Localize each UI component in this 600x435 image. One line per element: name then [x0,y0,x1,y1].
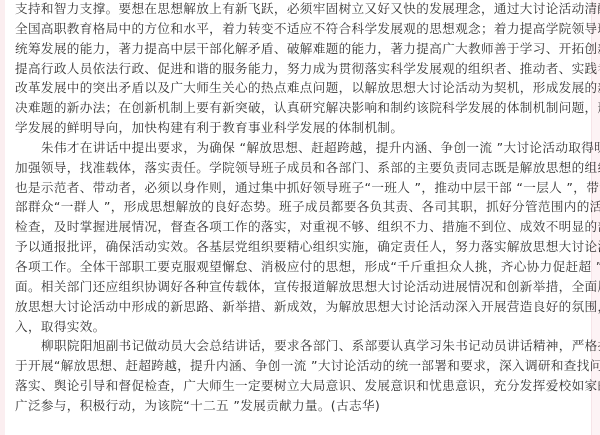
text-line: 全国高职教育格局中的方位和水平，着力转变不适应不符合科学发展观的思想观念；着力提… [15,19,582,39]
article-body: 支持和智力支撑。要想在思想解放上有新飞跃，必须牢固树立又好又快的发展理念，通过大… [15,0,582,416]
text-line: 学发展的鲜明导向，加快构建有利于教育事业科学发展的体制机制。 [15,118,582,138]
text-line: 决难题的新办法；在创新机制上要有新突破，认真研究解决影响和制约该院科学发展的体制… [15,98,582,118]
text-line: 改革发展中的突出矛盾以及广大师生关心的热点难点问题，以解放思想大讨论活动为契机，… [15,78,582,98]
text-line: 于开展“解放思想、赶超跨越，提升内涵、争创一流 ”大讨论活动的统一部署和要求，深… [15,356,582,376]
page-left-border [0,0,5,435]
text-line: 广泛参与，积极行动，为该院“十二五 ”发展贡献力量。(古志华) [15,396,582,416]
paragraph-2: 朱伟才在讲话中提出要求，为确保 “解放思想、赶超跨越，提升内涵、争创一流 ”大讨… [15,138,582,336]
text-line: 朱伟才在讲话中提出要求，为确保 “解放思想、赶超跨越，提升内涵、争创一流 ”大讨… [15,138,582,158]
text-line: 放思想大讨论活动中形成的新思路、新举措、新成效，为解放思想大讨论活动深入开展营造… [15,297,582,317]
text-line: 加强领导，找准载体，落实责任。学院领导班子成员和各部门、系部的主要负责同志既是解… [15,158,582,178]
text-line: 也是示范者、带动者，必须以身作则，通过集中抓好领导班子“一班人 ”，推动中层干部… [15,178,582,198]
text-line: 面。相关部门还应组织协调好各种宣传载体，宣传报道解放思想大讨论活动进展情况和创新… [15,277,582,297]
text-line: 入，取得实效。 [15,317,582,337]
text-line: 柳职院阳旭副书记做动员大会总结讲话，要求各部门、系部要认真学习朱书记动员讲话精神… [15,336,582,356]
text-line: 支持和智力支撑。要想在思想解放上有新飞跃，必须牢固树立又好又快的发展理念，通过大… [15,0,582,19]
text-line: 予以通报批评，确保活动实效。各基层党组织要精心组织实施，确定责任人，努力落实解放… [15,237,582,257]
paragraph-1: 支持和智力支撑。要想在思想解放上有新飞跃，必须牢固树立又好又快的发展理念，通过大… [15,0,582,138]
text-line: 提高行政人员依法行政、促进和谐的服务能力，努力成为贯彻落实科学发展观的组织者、推… [15,59,582,79]
text-line: 各项工作。全体干部职工要克服观望懈怠、消极应付的思想，形成“千斤重担众人挑，齐心… [15,257,582,277]
text-line: 统筹发展的能力，著力提高中层干部化解矛盾、破解难题的能力，著力提高广大教师善于学… [15,39,582,59]
text-line: 部群众“一群人 ”，形成思想解放的良好态势。班子成员都要各负其责、各司其职，抓好… [15,197,582,217]
text-line: 检查，及时掌握进展情况，督查各项工作的落实，对重视不够、组织不力、措施不到位、成… [15,217,582,237]
text-line: 落实、舆论引导和督促检查，广大师生一定要树立大局意识、发展意识和忧患意识，充分发… [15,376,582,396]
paragraph-3: 柳职院阳旭副书记做动员大会总结讲话，要求各部门、系部要认真学习朱书记动员讲话精神… [15,336,582,415]
